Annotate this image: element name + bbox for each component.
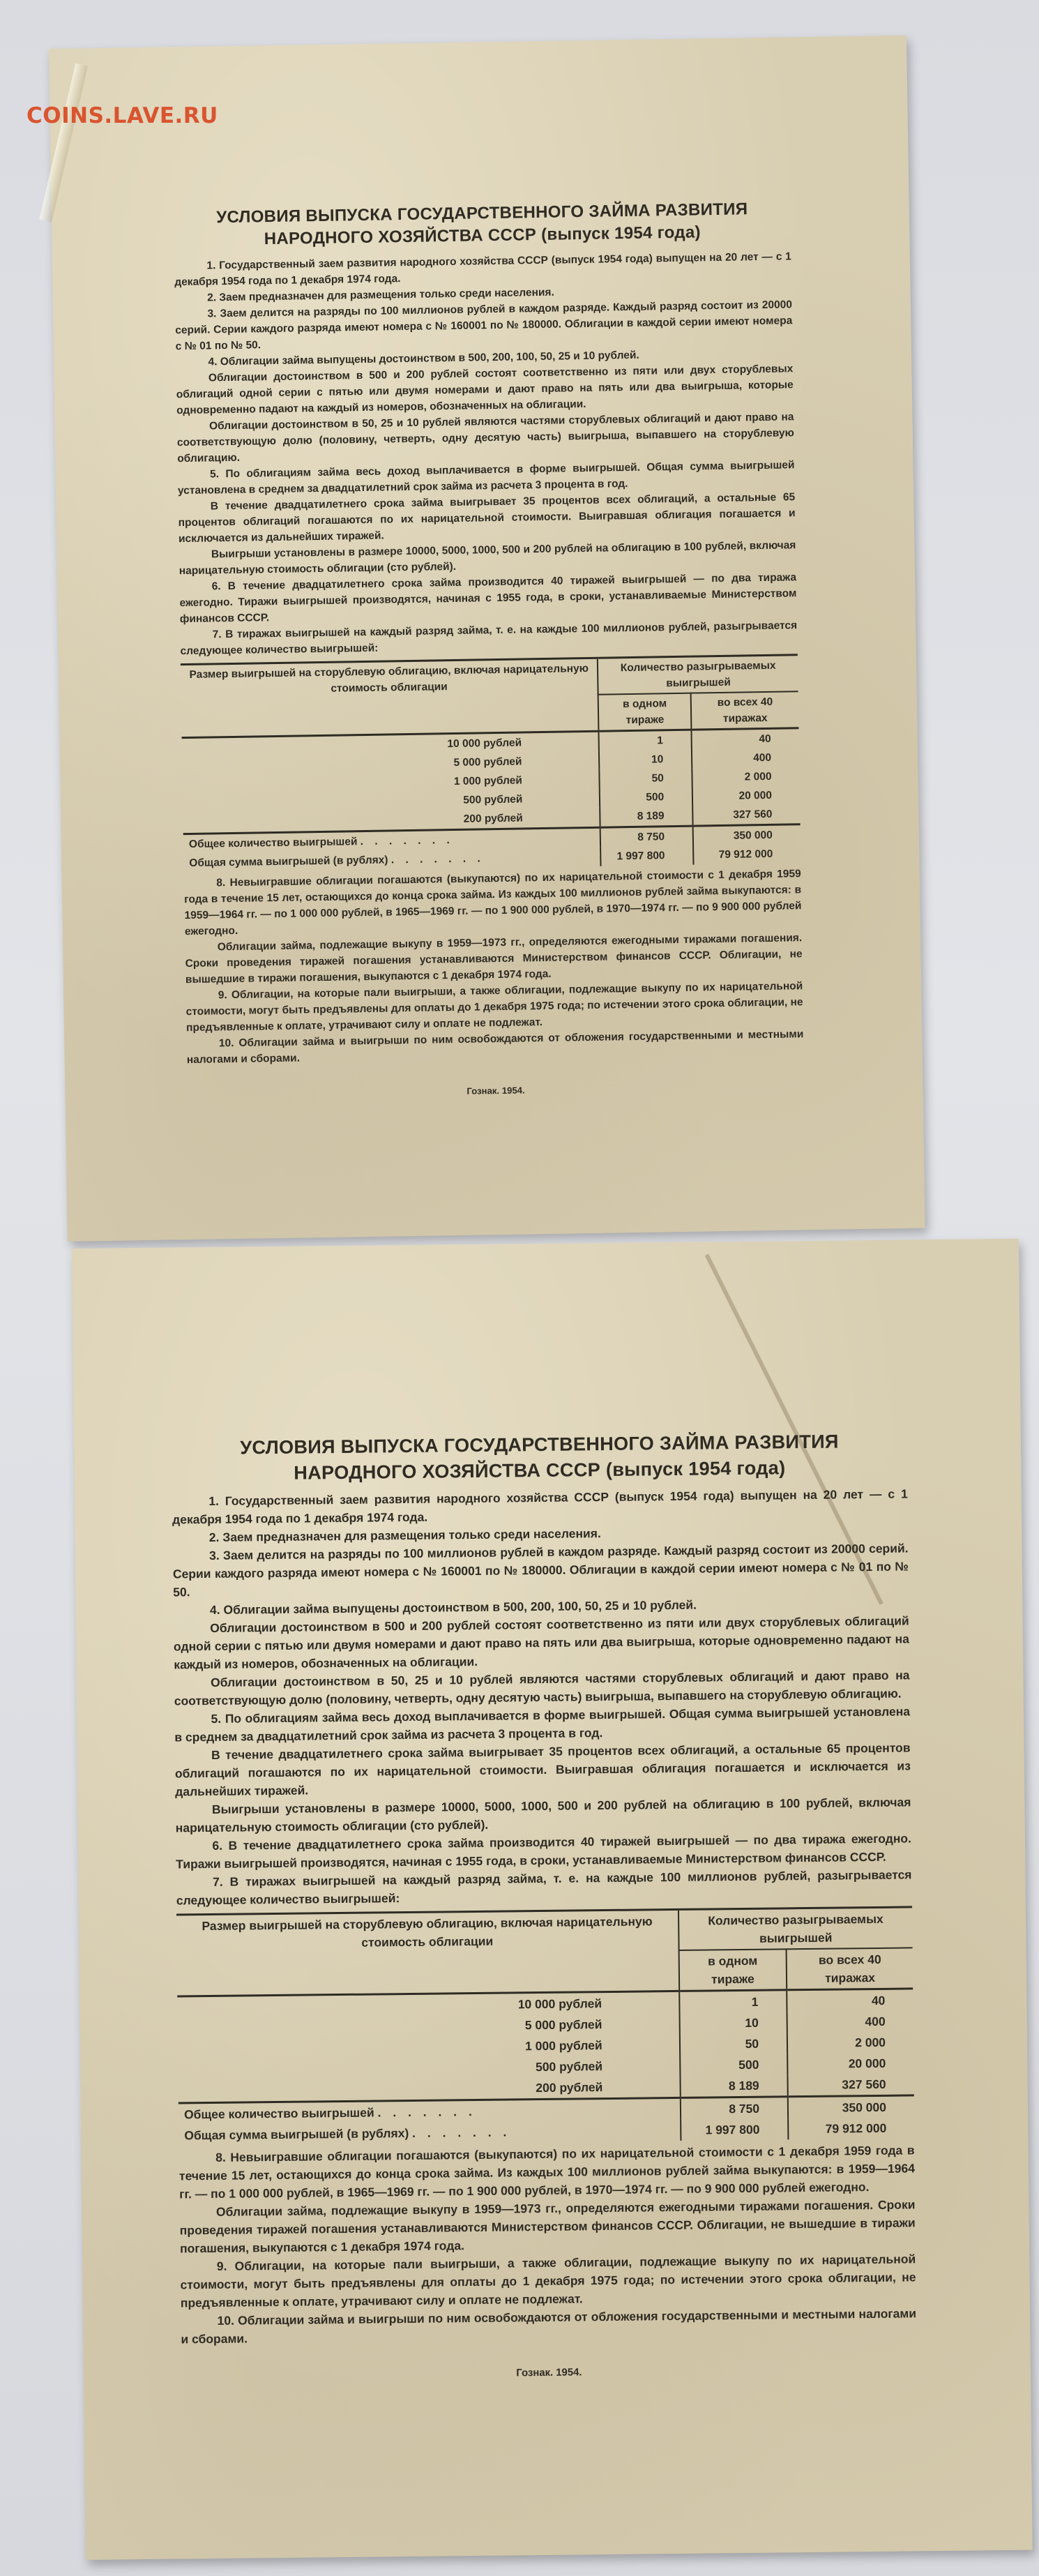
prizes-all-draws: 2 000: [692, 767, 800, 787]
printer-imprint: Гознак. 1954.: [181, 2360, 917, 2386]
clause-paragraph: Облигации достоинством в 500 и 200 рубле…: [174, 1612, 910, 1674]
clause-paragraph: 9. Облигации, на которые пали выигрыши, …: [180, 2250, 916, 2312]
col-group-header: Количество разыгрываемых выигрышей: [598, 655, 798, 695]
document-sheet-top: УСЛОВИЯ ВЫПУСКА ГОСУДАРСТВЕННОГО ЗАЙМА Р…: [49, 36, 925, 1242]
printer-imprint: Гознак. 1954.: [187, 1078, 804, 1104]
clauses-after-table: 8. Невыигравшие облигации погашаются (вы…: [179, 2141, 917, 2349]
clause-paragraph: 7. В тиражах выигрышей на каждый разряд …: [176, 1866, 911, 1910]
col-header-all-draws: во всех 40 тиражах: [787, 1948, 913, 1990]
col-header-per-draw: в одном тираже: [598, 693, 692, 732]
prizes-per-draw: 50: [600, 769, 692, 789]
clauses-after-table: 8. Невыигравшие облигации погашаются (вы…: [184, 866, 804, 1068]
total-all-draws: 350 000: [693, 824, 801, 846]
clause-paragraph: 3. Заем делится на разряды по 100 миллио…: [172, 1539, 909, 1602]
prizes-all-draws: 327 560: [788, 2074, 914, 2097]
total-per-draw: 1 997 800: [681, 2119, 789, 2141]
clause-paragraph: 8. Невыигравшие облигации погашаются (вы…: [179, 2141, 916, 2204]
total-per-draw: 8 750: [681, 2097, 789, 2120]
clause-paragraph: 10. Облигации займа и выигрыши по ним ос…: [181, 2305, 916, 2349]
prizes-per-draw: 10: [679, 2012, 787, 2035]
document-body: УСЛОВИЯ ВЫПУСКА ГОСУДАРСТВЕННОГО ЗАЙМА Р…: [172, 1428, 917, 2386]
clause-paragraph: 8. Невыигравшие облигации погашаются (вы…: [184, 866, 802, 940]
col-header-all-draws: во всех 40 тиражах: [691, 691, 799, 730]
prizes-per-draw: 500: [680, 2054, 788, 2077]
clause-paragraph: Облигации займа, подлежащие выкупу в 195…: [179, 2196, 916, 2258]
total-all-draws: 79 912 000: [693, 844, 801, 864]
leader-dots: . . . . . . .: [391, 852, 485, 866]
total-all-draws: 350 000: [788, 2095, 914, 2118]
prizes-all-draws: 400: [787, 2011, 913, 2033]
total-per-draw: 8 750: [600, 826, 693, 848]
prizes-all-draws: 20 000: [787, 2053, 913, 2075]
total-per-draw: 1 997 800: [600, 845, 693, 866]
document-body: УСЛОВИЯ ВЫПУСКА ГОСУДАРСТВЕННОГО ЗАЙМА Р…: [174, 197, 805, 1104]
prizes-all-draws: 2 000: [787, 2032, 913, 2054]
col-header-prize-size: Размер выигрышей на сторублевую облигаци…: [181, 658, 599, 737]
leader-dots: . . . . . . .: [377, 2104, 476, 2119]
watermark: COINS.LAVE.RU: [26, 103, 218, 128]
prizes-per-draw: 10: [599, 750, 692, 770]
prizes-per-draw: 1: [679, 1990, 787, 2013]
leader-dots: . . . . . . .: [412, 2125, 510, 2140]
prizes-per-draw: 8 189: [600, 806, 693, 828]
total-label: Общая сумма выигрышей (в рублях) . . . .…: [179, 2120, 681, 2146]
prize-table: Размер выигрышей на сторублевую облигаци…: [176, 1906, 914, 2146]
prizes-all-draws: 40: [692, 728, 799, 750]
col-header-prize-size: Размер выигрышей на сторублевую облигаци…: [176, 1910, 679, 1997]
prizes-all-draws: 20 000: [692, 785, 800, 806]
prizes-per-draw: 8 189: [680, 2075, 788, 2098]
document-sheet-bottom: УСЛОВИЯ ВЫПУСКА ГОСУДАРСТВЕННОГО ЗАЙМА Р…: [72, 1239, 1033, 2560]
prizes-all-draws: 40: [787, 1989, 913, 2012]
paper-fold: [39, 63, 88, 223]
col-group-header: Количество разыгрываемых выигрышей: [678, 1907, 913, 1950]
clauses-before-table: 1. Государственный заем развития народно…: [172, 1485, 912, 1910]
prizes-per-draw: 500: [600, 788, 692, 808]
document-title: УСЛОВИЯ ВЫПУСКА ГОСУДАРСТВЕННОГО ЗАЙМА Р…: [174, 197, 791, 253]
leader-dots: . . . . . . .: [361, 834, 454, 848]
prize-table: Размер выигрышей на сторублевую облигаци…: [181, 654, 801, 873]
prizes-all-draws: 400: [692, 748, 799, 768]
total-all-draws: 79 912 000: [788, 2118, 914, 2140]
col-header-per-draw: в одном тираже: [678, 1950, 787, 1991]
prizes-per-draw: 1: [599, 730, 692, 751]
prizes-all-draws: 327 560: [692, 804, 800, 826]
clause-paragraph: В течение двадцатилетнего срока займа вы…: [174, 1739, 911, 1801]
document-title: УСЛОВИЯ ВЫПУСКА ГОСУДАРСТВЕННОГО ЗАЙМА Р…: [172, 1428, 908, 1486]
prizes-per-draw: 50: [680, 2033, 788, 2056]
clauses-before-table: 1. Государственный заем развития народно…: [174, 248, 798, 659]
